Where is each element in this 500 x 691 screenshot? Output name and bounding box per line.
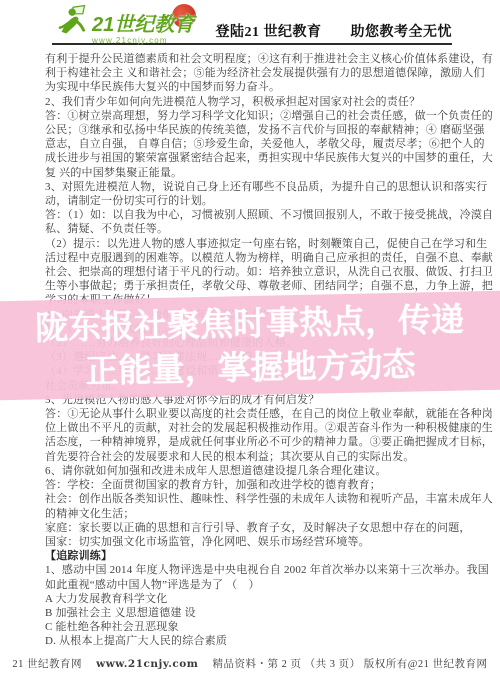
text-line: 如此重视“感动中国人物”评选是为了 （ ） (45, 578, 458, 592)
text-line: D. 从根本上提高广大人民的综合素质 (45, 634, 458, 648)
footer-site: 21 世纪教育网 (12, 659, 82, 670)
text-line: 复 兴的中国梦集聚正能量。 (45, 166, 458, 180)
worksheet-page: 21世纪教育 www.21cnjy.com 登陆21 世纪教育 助您教考全无忧 … (0, 0, 500, 691)
text-line: 1、感动中国 2014 年度人物评选是中央电视台自 2002 年首次举办以来第十… (45, 563, 458, 577)
text-line: 活态度，一种精神境界，是成就任何事业所必不可少的精神力量。③要正确把握成才目标， (45, 435, 458, 449)
text-line: 答：①树立崇高理想，努力学习科学文化知识；②增强自己的社会责任感，做一个负责任的 (45, 109, 458, 123)
brand-text-block: 21世纪教育 www.21cnjy.com (92, 8, 194, 45)
text-line: 家庭：家长要以正确的思想和言行引导、教育子女，及时解决子女思想中存在的问题， (45, 521, 458, 535)
footer-info: 精品资料・第 2 页 （共 3 页） 版权所有@21 世纪教育网 (213, 659, 488, 670)
watermark-line-2: 正能量，掌握地方动态 (85, 342, 416, 393)
runner-icon (56, 4, 90, 40)
page-footer: 21 世纪教育网 www.21cnjy.com 精品资料・第 2 页 （共 3 … (0, 656, 500, 671)
text-line: 的精神文化生活； (45, 507, 458, 521)
text-line: （2）提示：以先进人物的感人事迹拟定一句座右铭，时刻鞭策自己，促使自己在学习和生 (45, 237, 458, 251)
text-line: 意志，自立自强， 自尊自信；⑤珍爱生命，关爱他人，孝敬父母，履责尽孝；⑥把个人的 (45, 137, 458, 151)
text-line: 为实现中华民族伟大复兴的中国梦而努力奋斗。 (45, 80, 458, 94)
text-line: 答：（1）如：以自我为中心，习惯被别人照顾、不习惯回报别人，不敢于接受挑战，冷漠… (45, 208, 458, 222)
text-line: 生等小事做起；勇于承担责任，孝敬父母、尊敬老师、团结同学；自强不息，力争上游，把 (45, 279, 458, 293)
brand-url: www.21cnjy.com (92, 36, 194, 45)
text-line: 社会：创作出版各类知识性、趣味性、科学性强的未成年人读物和视听产品，丰富未成年人 (45, 492, 458, 506)
text-line: B 加强社会主 义思想道德建 设 (45, 606, 458, 620)
text-line: 3、对照先进模范人物，说说自己身上还有哪些不良品质，为提升自己的思想认识和落实行 (45, 180, 458, 194)
text-line: 有利于提升公民道德素质和社会文明程度；④这有利于推进社会主义核心价值体系建设，有 (45, 52, 458, 66)
text-line: 答：①无论从事什么职业要以高度的社会责任感，在自己的岗位上敬业奉献，就能在各种岗 (45, 407, 458, 421)
text-line: 活过程中克服遇到的困难等。以模范人物为榜样，明确自己应承担的责任，自强不息、奉献 (45, 251, 458, 265)
text-line: 位上做出不平凡的贡献，对社会的发展起积极推动作用。②艰苦奋斗作为一种积极健康的生 (45, 421, 458, 435)
text-line: C 能杜绝各种社会丑恶现象 (45, 620, 458, 634)
header-tagline: 登陆21 世纪教育 助您教考全无忧 (216, 21, 453, 41)
text-line: A 大力发展教育科学文化 (45, 592, 458, 606)
text-line: 【追踪训练】 (45, 549, 458, 563)
page-header: 21世纪教育 www.21cnjy.com 登陆21 世纪教育 助您教考全无忧 (0, 0, 500, 46)
text-line: 动，请制定一份切实可行的计划。 (45, 194, 458, 208)
footer-url: www.21cnjy.com (96, 658, 198, 670)
watermark-banner: 陇东报社聚焦时事热点，传递 正能量，掌握地方动态 (0, 291, 500, 401)
brand-name: 21世纪教育 (92, 8, 194, 37)
text-line: 答：学校：全面贯彻国家的教育方针，加强和改进学校的德育教育； (45, 478, 458, 492)
text-line: 社会、把崇高的理想付诸于平凡的行动。如：培养独立意识，从洗自己衣服、做饭、打扫卫 (45, 265, 458, 279)
text-line: 6、请你就如何加强和改进未成年人思想道德建设提几条合理化建议。 (45, 464, 458, 478)
text-line: 私、猜疑、不负责任等。 (45, 222, 458, 236)
text-line: 利于构建社会主 义和谐社会；⑤能为经济社会发展提供强有力的思想道德保障，激励人们 (45, 66, 458, 80)
text-line: 首先要符合社会的发展要求和人民的根本利益；其次要从自己的实际出发。 (45, 450, 458, 464)
brand-logo: 21世纪教育 www.21cnjy.com (56, 4, 194, 45)
text-line: 2、我们青少年如何向先进模范人物学习，积极承担起对国家对社会的责任？ (45, 95, 458, 109)
text-line: 成长进步与祖国的繁荣富强紧密结合起来，勇担实现中华民族伟大复兴的中国梦的重任，大 (45, 151, 458, 165)
text-line: 公民；③继承和弘扬中华民族的传统美德，发扬不言代价与回报的奉献精神；④ 磨砺坚强 (45, 123, 458, 137)
text-line: 国家：切实加强文化市场监管，净化网吧、娱乐市场经营环境等。 (45, 535, 458, 549)
